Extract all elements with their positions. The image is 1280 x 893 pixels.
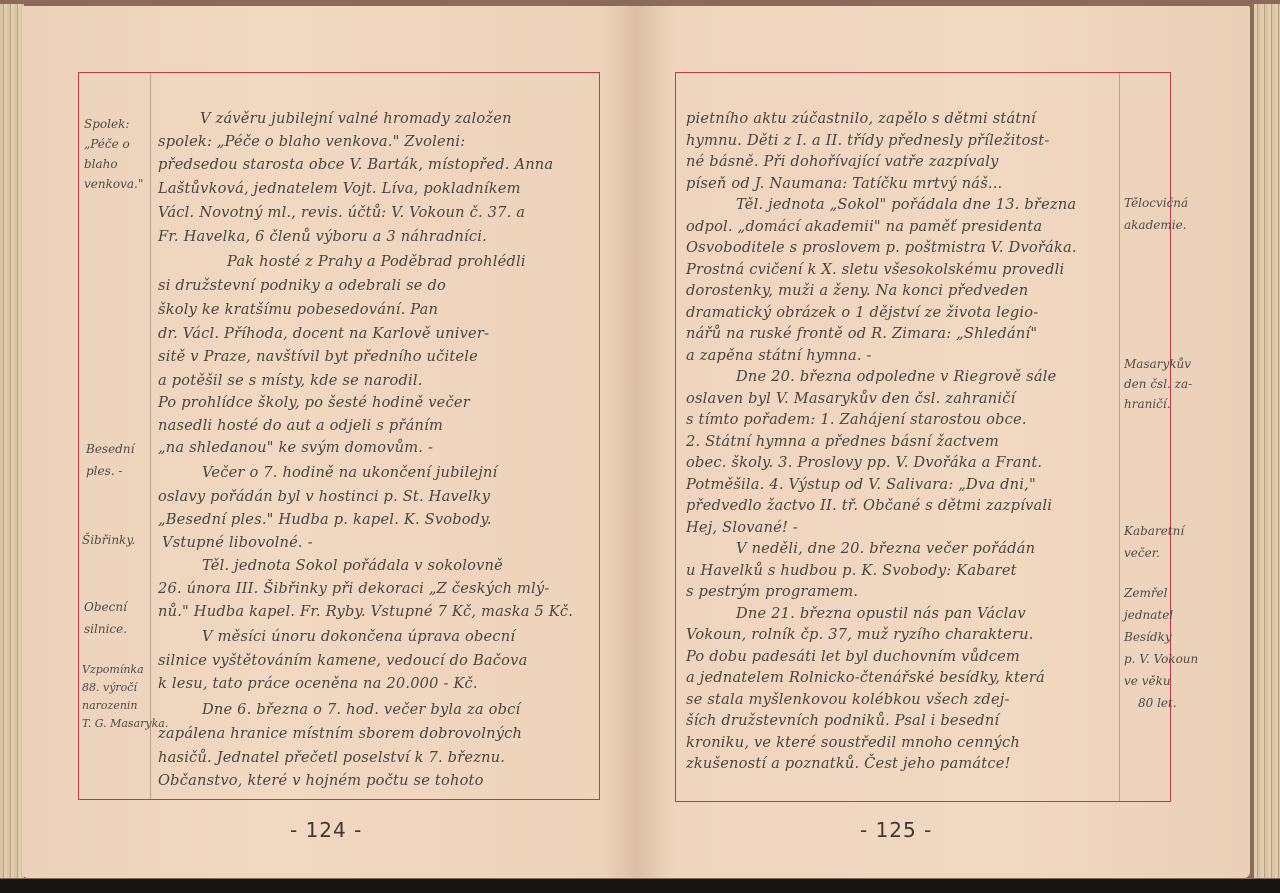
text-line: zapálena hranice místním sborem dobrovol…: [158, 725, 522, 742]
text-line: a jednatelem Rolnicko-čtenářské besídky,…: [686, 669, 1045, 686]
text-line: nů." Hudba kapel. Fr. Ryby. Vstupné 7 Kč…: [158, 603, 573, 620]
margin-note-masarykuv-den: Masarykův den čsl. za- hraničí.: [1124, 354, 1192, 414]
text-line: né básně. Při dohořívající vatře zazpíva…: [686, 153, 999, 170]
text-line: ších družstevních podniků. Psal i besedn…: [686, 712, 999, 729]
text-line: dramatický obrázek o 1 dějství ze života…: [686, 304, 1038, 321]
margin-note-vzpominka: Vzpomínka 88. výročí narozenin T. G. Mas…: [82, 661, 168, 733]
text-line: dorostenky, muži a ženy. Na konci předve…: [686, 282, 1028, 299]
text-line: Dne 6. března o 7. hod. večer byla za ob…: [202, 701, 520, 718]
text-line: píseň od J. Naumana: Tatíčku mrtvý náš..…: [686, 175, 1002, 192]
page-edges-right: [1254, 4, 1280, 878]
text-line: si družstevní podniky a odebrali se do: [158, 277, 446, 294]
text-line: Václ. Novotný ml., revis. účtů: V. Vokou…: [158, 204, 525, 221]
text-line: „na shledanou" ke svým domovům. -: [158, 439, 433, 456]
text-line: V neděli, dne 20. března večer pořádán: [736, 540, 1035, 557]
text-line: oslaven byl V. Masarykův den čsl. zahran…: [686, 390, 1016, 407]
text-line: nasedli hosté do aut a odjeli s přáním: [158, 417, 443, 434]
text-line: Večer o 7. hodině na ukončení jubilejní: [202, 464, 497, 481]
text-line: dr. Václ. Příhoda, docent na Karlově uni…: [158, 325, 489, 342]
text-line: oslavy pořádán byl v hostinci p. St. Hav…: [158, 488, 490, 505]
open-book: Spolek: „Péče o blaho venkova." Besední …: [0, 0, 1280, 882]
text-line: V měsíci únoru dokončena úprava obecní: [202, 628, 515, 645]
text-line: silnice vyštětováním kamene, vedoucí do …: [158, 652, 527, 669]
text-line: obec. školy. 3. Proslovy pp. V. Dvořáka …: [686, 454, 1042, 471]
text-line: kroniku, ve které soustředil mnoho cenný…: [686, 734, 1020, 751]
text-line: Dne 21. března opustil nás pan Václav: [736, 605, 1026, 622]
text-line: Pak hosté z Prahy a Poděbrad prohlédli: [227, 253, 526, 270]
text-line: hymnu. Děti z I. a II. třídy přednesly p…: [686, 132, 1049, 149]
text-line: Osvoboditele s proslovem p. poštmistra V…: [686, 239, 1077, 256]
book-bottom-shadow: [0, 879, 1280, 893]
page-125: Tělocvičná akademie. Masarykův den čsl. …: [638, 6, 1250, 878]
text-line: Vstupné libovolné. -: [162, 534, 313, 551]
text-line: 2. Státní hymna a přednes básní žactvem: [686, 433, 999, 450]
margin-note-besedni-ples: Besední ples. -: [86, 438, 134, 482]
text-line: pietního aktu zúčastnilo, zapělo s dětmi…: [686, 110, 1036, 127]
margin-rule-right: [1119, 73, 1120, 801]
text-line: a potěšil se s místy, kde se narodil.: [158, 372, 423, 389]
text-line: Laštůvková, jednatelem Vojt. Líva, pokla…: [158, 180, 521, 197]
text-line: k lesu, tato práce oceněna na 20.000 - K…: [158, 675, 478, 692]
text-line: Potměšila. 4. Výstup od V. Salivara: „Dv…: [686, 476, 1036, 493]
text-line: předsedou starosta obce V. Barták, místo…: [158, 156, 553, 173]
margin-note-spolek: Spolek: „Péče o blaho venkova.": [84, 114, 143, 194]
text-line: Hej, Slované! -: [686, 519, 798, 536]
text-line: a zapěna státní hymna. -: [686, 347, 872, 364]
text-line: Po prohlídce školy, po šesté hodině veče…: [158, 394, 470, 411]
text-line: Těl. jednota „Sokol" pořádala dne 13. bř…: [736, 196, 1076, 213]
margin-note-telocvicna-akademie: Tělocvičná akademie.: [1124, 192, 1188, 236]
text-line: sitě v Praze, navštívil byt předního uči…: [158, 348, 478, 365]
text-line: Fr. Havelka, 6 členů výboru a 3 náhradní…: [158, 228, 487, 245]
page-number-125: - 125 -: [860, 818, 932, 842]
text-line: školy ke kratšímu pobesedování. Pan: [158, 301, 438, 318]
text-line: Vokoun, rolník čp. 37, muž ryzího charak…: [686, 626, 1034, 643]
text-line: Občanstvo, které v hojném počtu se tohot…: [158, 772, 484, 789]
page-edges-left: [0, 4, 24, 878]
text-line: u Havelků s hudbou p. K. Svobody: Kabare…: [686, 562, 1017, 579]
text-line: Dne 20. března odpoledne v Riegrově sále: [736, 368, 1056, 385]
text-line: V závěru jubilejní valné hromady založen: [200, 110, 512, 127]
text-line: Po dobu padesáti let byl duchovním vůdce…: [686, 648, 1020, 665]
margin-note-sibrinky: Šibřinky.: [82, 533, 135, 547]
text-line: nářů na ruské frontě od R. Zimara: „Shle…: [686, 325, 1037, 342]
text-line: „Besední ples." Hudba p. kapel. K. Svobo…: [158, 511, 492, 528]
text-line: 26. února III. Šibřinky při dekoraci „Z …: [158, 580, 550, 597]
text-line: s tímto pořadem: 1. Zahájení starostou o…: [686, 411, 1027, 428]
text-line: Těl. jednota Sokol pořádala v sokolovně: [202, 557, 503, 574]
margin-note-zemrel-jednatel: Zemřel jednatel Besídky p. V. Vokoun ve …: [1124, 582, 1198, 714]
margin-note-obecni-silnice: Obecní silnice.: [84, 596, 127, 640]
text-line: se stala myšlenkovou kolébkou všech zdej…: [686, 691, 1010, 708]
text-line: s pestrým programem.: [686, 583, 858, 600]
text-line: spolek: „Péče o blaho venkova." Zvoleni:: [158, 133, 465, 150]
text-line: odpol. „domácí akademii" na paměť presid…: [686, 218, 1042, 235]
page-124: Spolek: „Péče o blaho venkova." Besední …: [22, 6, 638, 878]
page-number-124: - 124 -: [290, 818, 362, 842]
text-line: zkušeností a poznatků. Čest jeho památce…: [686, 755, 1011, 772]
text-line: předvedlo žactvo II. tř. Občané s dětmi …: [686, 497, 1052, 514]
text-line: Prostná cvičení k X. sletu všesokolskému…: [686, 261, 1064, 278]
text-line: hasičů. Jednatel přečetl poselství k 7. …: [158, 749, 505, 766]
margin-note-kabaretni-vecer: Kabaretní večer.: [1124, 520, 1184, 564]
